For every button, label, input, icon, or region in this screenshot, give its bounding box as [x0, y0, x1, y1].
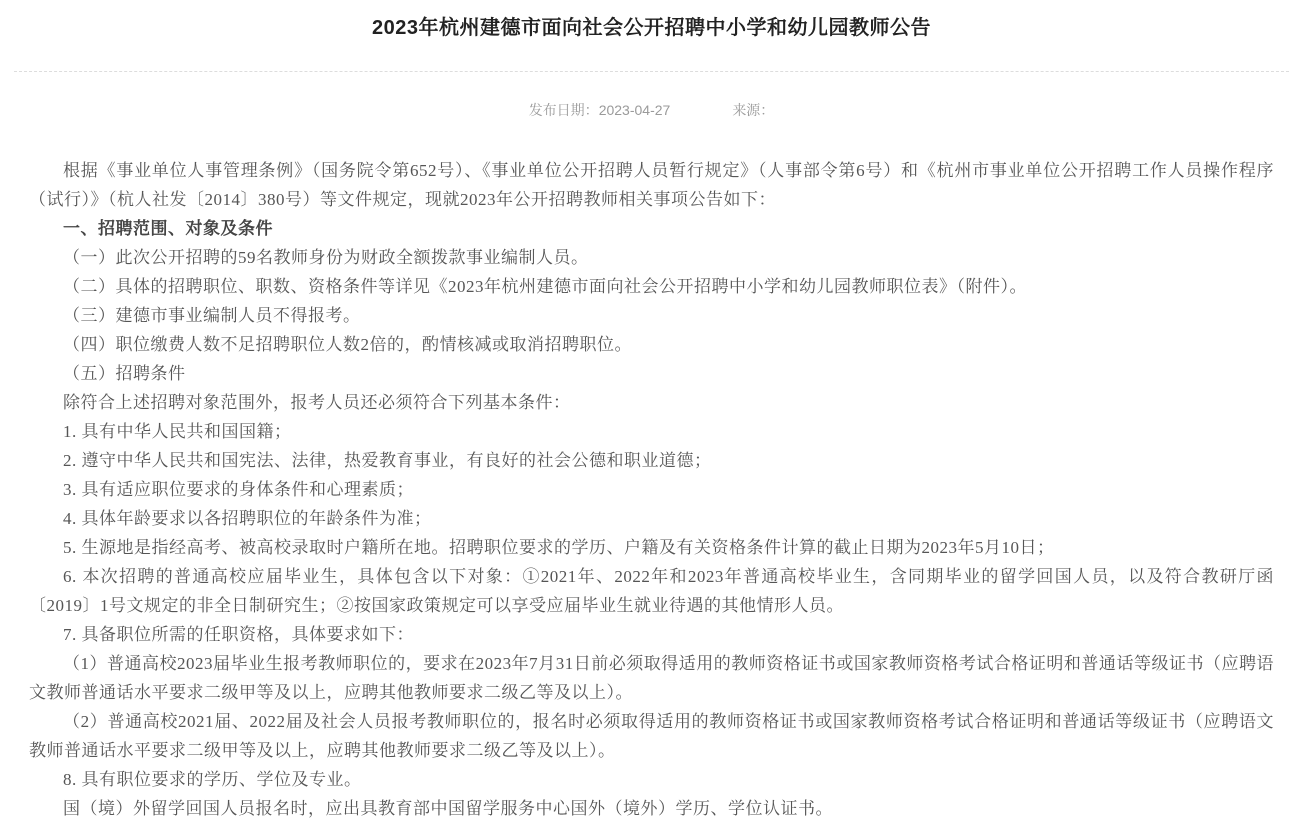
paragraph: 根据《事业单位人事管理条例》（国务院令第652号）、《事业单位公开招聘人员暂行规… [29, 156, 1274, 214]
paragraph: 4. 具体年龄要求以各招聘职位的年龄条件为准； [29, 504, 1274, 533]
section-heading: 一、招聘范围、对象及条件 [29, 214, 1274, 243]
paragraph: 7. 具备职位所需的任职资格，具体要求如下： [29, 620, 1274, 649]
paragraph: （二）具体的招聘职位、职数、资格条件等详见《2023年杭州建德市面向社会公开招聘… [29, 272, 1274, 301]
paragraph: （2）普通高校2021届、2022届及社会人员报考教师职位的，报名时必须取得适用… [29, 707, 1274, 765]
article-body: 根据《事业单位人事管理条例》（国务院令第652号）、《事业单位公开招聘人员暂行规… [29, 156, 1274, 823]
paragraph: 2. 遵守中华人民共和国宪法、法律，热爱教育事业，有良好的社会公德和职业道德； [29, 446, 1274, 475]
paragraph: 除符合上述招聘对象范围外，报考人员还必须符合下列基本条件： [29, 388, 1274, 417]
paragraph: 国（境）外留学回国人员报名时，应出具教育部中国留学服务中心国外（境外）学历、学位… [29, 794, 1274, 823]
paragraph: （五）招聘条件 [29, 359, 1274, 388]
publish-date-label: 发布日期： [529, 102, 599, 118]
paragraph: （一）此次公开招聘的59名教师身份为财政全额拨款事业编制人员。 [29, 243, 1274, 272]
paragraph: 5. 生源地是指经高考、被高校录取时户籍所在地。招聘职位要求的学历、户籍及有关资… [29, 533, 1274, 562]
paragraph: 3. 具有适应职位要求的身体条件和心理素质； [29, 475, 1274, 504]
paragraph: （1）普通高校2023届毕业生报考教师职位的，要求在2023年7月31日前必须取… [29, 649, 1274, 707]
meta-row: 发布日期：2023-04-27来源： [0, 100, 1303, 120]
source-label: 来源： [732, 102, 774, 118]
paragraph: 6. 本次招聘的普通高校应届毕业生，具体包含以下对象：①2021年、2022年和… [29, 562, 1274, 620]
divider [14, 71, 1289, 72]
paragraph: （三）建德市事业编制人员不得报考。 [29, 301, 1274, 330]
publish-date-value: 2023-04-27 [599, 102, 671, 118]
paragraph: （四）职位缴费人数不足招聘职位人数2倍的，酌情核减或取消招聘职位。 [29, 330, 1274, 359]
page-title: 2023年杭州建德市面向社会公开招聘中小学和幼儿园教师公告 [0, 0, 1303, 41]
paragraph: 1. 具有中华人民共和国国籍； [29, 417, 1274, 446]
announcement-page: 2023年杭州建德市面向社会公开招聘中小学和幼儿园教师公告 发布日期：2023-… [0, 0, 1303, 829]
paragraph: 8. 具有职位要求的学历、学位及专业。 [29, 765, 1274, 794]
